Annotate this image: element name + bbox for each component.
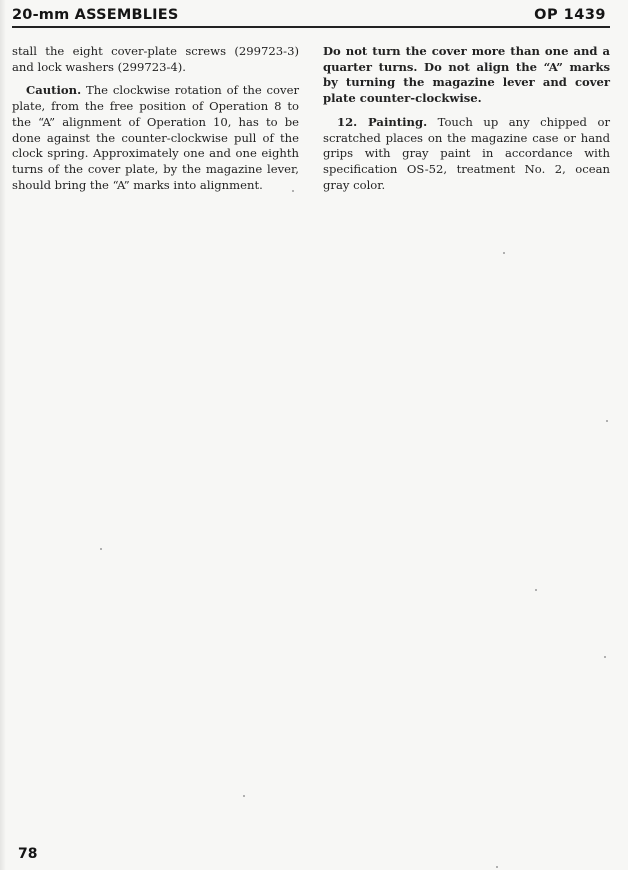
scan-speck xyxy=(243,795,245,797)
scan-speck xyxy=(604,656,606,658)
document-code: OP 1439 xyxy=(534,7,606,23)
section-title: 20-mm ASSEMBLIES xyxy=(12,7,179,23)
scan-speck xyxy=(606,420,608,422)
page-number: 78 xyxy=(18,846,37,862)
scan-speck xyxy=(503,252,505,254)
page-header: 20-mm ASSEMBLIES OP 1439 xyxy=(12,4,610,28)
warning-paragraph: Do not turn the cover more than one and … xyxy=(323,44,610,107)
painting-step-label: 12. Painting. xyxy=(337,115,427,129)
continuation-paragraph: stall the eight cover-plate screws (2997… xyxy=(12,44,299,75)
caution-label: Caution. xyxy=(26,83,81,97)
scan-speck xyxy=(100,548,102,550)
scan-edge-shadow xyxy=(0,0,6,870)
left-column: stall the eight cover-plate screws (2997… xyxy=(12,44,299,201)
caution-text: The clockwise rotation of the cover plat… xyxy=(12,83,299,191)
painting-step-paragraph: 12. Painting. Touch up any chipped or sc… xyxy=(323,115,610,194)
caution-paragraph: Caution. The clockwise rotation of the c… xyxy=(12,83,299,193)
scan-speck xyxy=(535,589,537,591)
right-column: Do not turn the cover more than one and … xyxy=(323,44,610,201)
scan-speck xyxy=(496,866,498,868)
scan-speck xyxy=(292,190,294,192)
